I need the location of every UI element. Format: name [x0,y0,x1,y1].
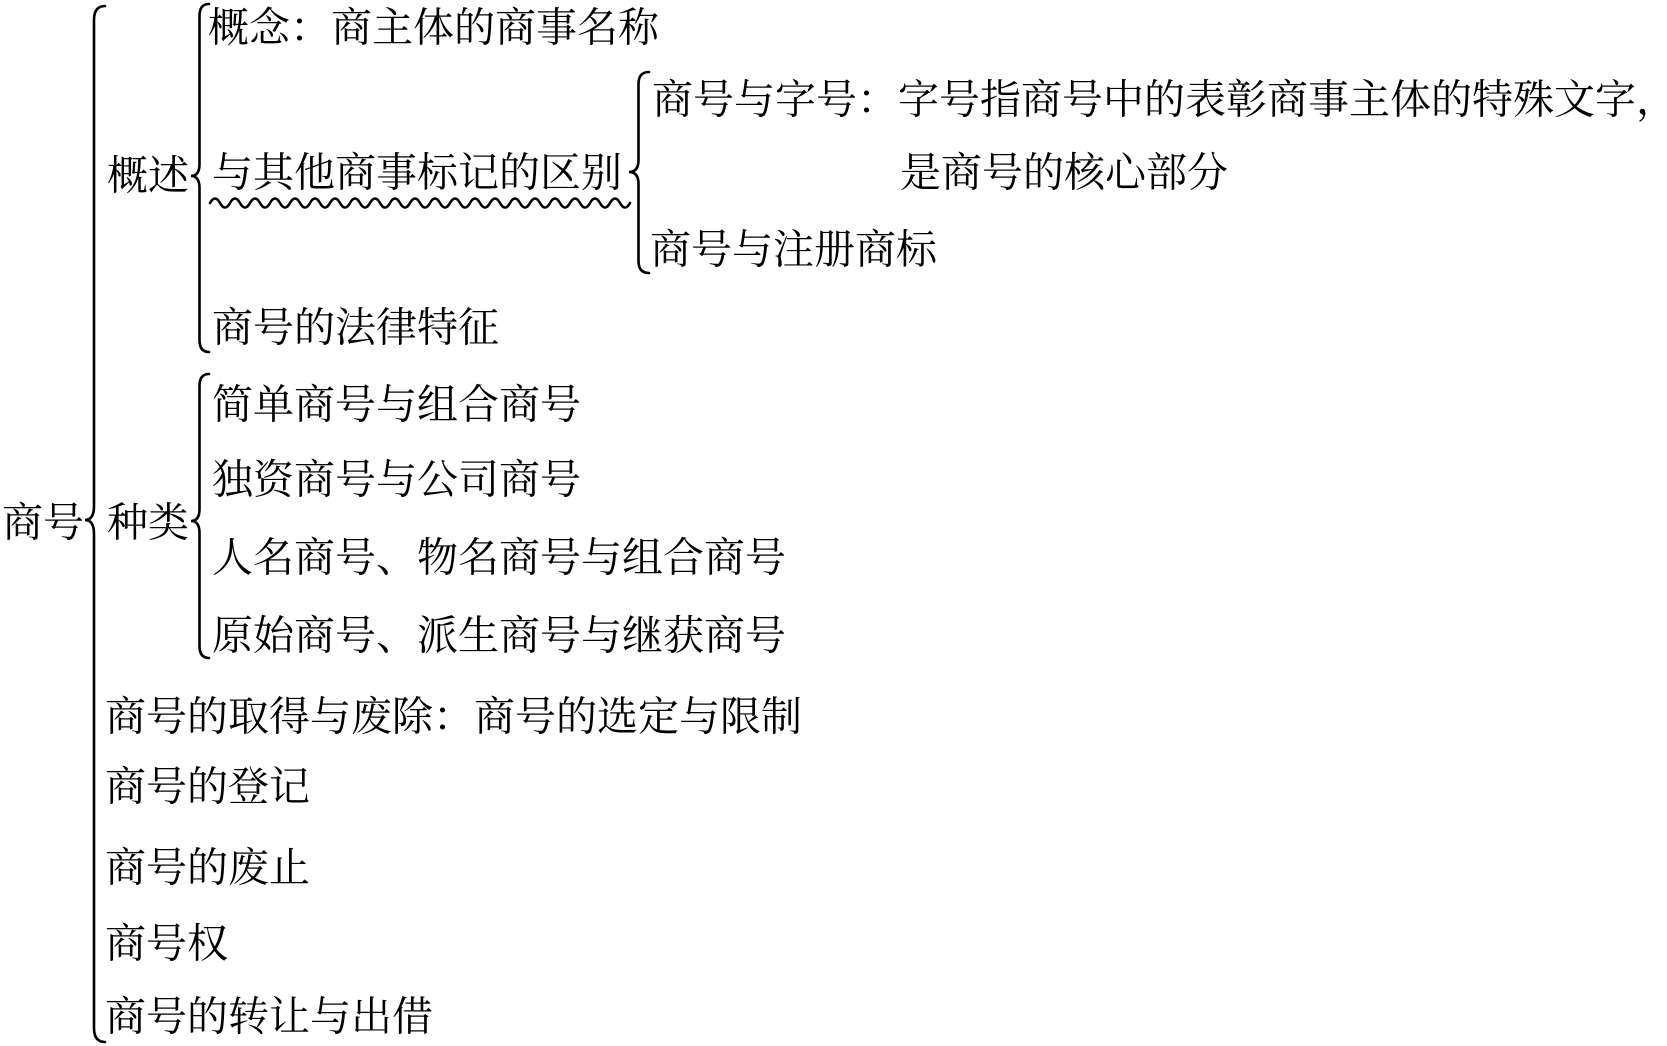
types-item-personal-object-compound: 人名商号、物名商号与组合商号 [212,538,786,579]
outer-brace [85,6,105,1042]
section-transfer-and-lending: 商号的转让与出借 [105,997,433,1038]
root-label: 商号 [2,503,84,544]
distinction-label: 与其他商事标记的区别 [212,153,622,194]
types-item-original-derived-inherited: 原始商号、派生商号与继获商号 [212,616,786,657]
trade-name-bracket-diagram: 商号 概述 概念：商主体的商事名称 与其他商事标记的区别 商号与字号：字号指商号… [0,0,1667,1046]
types-item-sole-vs-company: 独资商号与公司商号 [212,460,581,501]
section-acquisition-and-abolition: 商号的取得与废除：商号的选定与限制 [105,697,802,738]
types-label: 种类 [107,503,189,544]
overview-brace [191,4,209,352]
distinction-vs-registered-trademark: 商号与注册商标 [650,230,937,271]
distinction-vs-zihao-line2: 是商号的核心部分 [900,153,1228,194]
overview-label: 概述 [107,156,189,197]
types-item-simple-vs-compound: 简单商号与组合商号 [212,385,581,426]
section-abolishment: 商号的废止 [105,848,310,889]
section-registration: 商号的登记 [105,767,310,808]
distinction-brace [629,72,649,273]
distinction-vs-zihao-line1: 商号与字号：字号指商号中的表彰商事主体的特殊文字， [652,80,1667,121]
types-brace [191,374,209,658]
overview-legal-features: 商号的法律特征 [212,308,499,349]
wavy-underline [210,199,630,208]
overview-concept: 概念：商主体的商事名称 [208,8,659,49]
section-trade-name-right: 商号权 [105,924,228,965]
